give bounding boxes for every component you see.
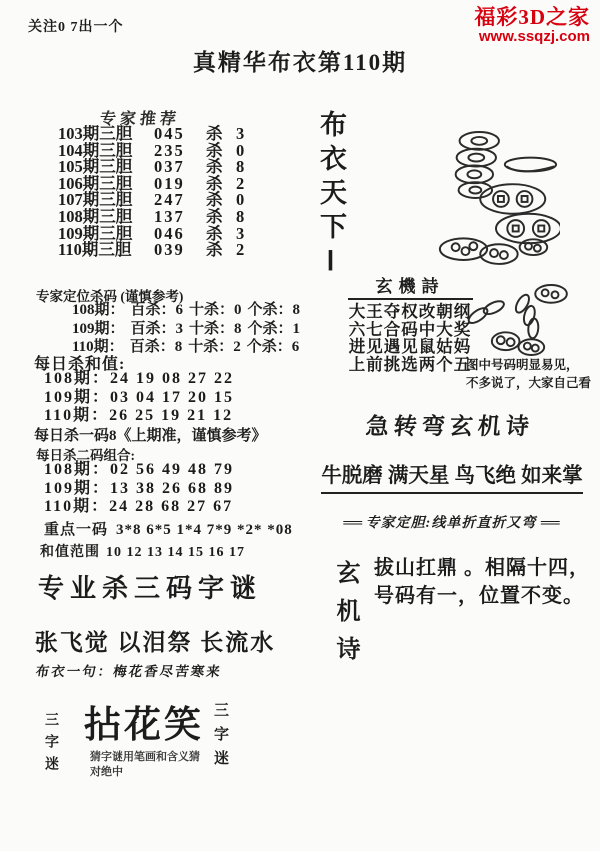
row-period: 108期： bbox=[44, 461, 110, 478]
riddle-note-line1: 猜字谜用笔画和含义猜 bbox=[90, 750, 220, 765]
buyi-tianxia-vertical-title: 布衣天下Ⅰ bbox=[314, 110, 348, 284]
riddle-note-line2: 对绝中 bbox=[90, 765, 220, 780]
caption-line2: 不多说了，大家自己看 bbox=[466, 374, 591, 392]
expert-dan-divider: ══ 专家定胆:线单折直折又弯 ══ bbox=[310, 512, 592, 532]
caption-line1: 图中号码明显易见， bbox=[466, 356, 591, 374]
sum-range-label: 和值范围 bbox=[40, 545, 100, 560]
coin-graphic-caption: 图中号码明显易见， 不多说了，大家自己看 bbox=[466, 356, 591, 392]
buyi-sentence: 布衣一句：梅花香尽苦寒来 bbox=[35, 660, 224, 680]
list-item: 109期：13 38 26 68 89 bbox=[44, 480, 234, 499]
row-bai: 百杀：6 bbox=[131, 302, 184, 318]
xuanji-vertical-label: 玄机诗 bbox=[328, 560, 363, 674]
page-title: 真精华布衣第110期 bbox=[0, 44, 600, 77]
table-row: 110期三胆039杀2 bbox=[58, 242, 244, 259]
position-kill-rows: 108期：百杀：6十杀：0个杀：8 109期：百杀：3十杀：8个杀：1 110期… bbox=[72, 301, 306, 357]
coin-chain-graphic bbox=[466, 282, 570, 361]
row-values: 24 19 08 27 22 bbox=[110, 370, 234, 387]
buyi-lottery-sheet: 关注0 7出一个 福彩3D之家 www.ssqzj.com 真精华布衣第110期… bbox=[0, 0, 600, 851]
list-item: 110期：26 25 19 21 12 bbox=[44, 407, 234, 426]
row-period: 108期： bbox=[72, 302, 125, 318]
divider-text: 专家定胆:线单折直折又弯 bbox=[366, 516, 537, 531]
site-logo: 福彩3D之家 www.ssqzj.com bbox=[474, 6, 590, 46]
daily-sum-rows: 108期：24 19 08 27 22 109期：03 04 17 20 15 … bbox=[44, 370, 234, 426]
row-period: 109期： bbox=[44, 480, 110, 497]
list-item: 108期：百杀：6十杀：0个杀：8 bbox=[72, 301, 306, 320]
row-period: 110期： bbox=[44, 407, 109, 424]
row-period: 109期： bbox=[72, 321, 125, 337]
row-bai: 百杀：3 bbox=[131, 321, 184, 337]
sharp-turn-poem-wrap: 牛脱磨 满天星 鸟飞绝 如来掌 bbox=[312, 458, 592, 494]
row-kill-value: 2 bbox=[236, 242, 244, 259]
list-item: 109期：百杀：3十杀：8个杀：1 bbox=[72, 320, 306, 339]
row-ge: 个杀：6 bbox=[247, 339, 300, 355]
three-char-riddle-answer: 拈花笑 bbox=[84, 694, 204, 748]
row-values: 26 25 19 21 12 bbox=[109, 407, 233, 424]
row-period: 110期： bbox=[44, 498, 109, 515]
list-item: 109期：03 04 17 20 15 bbox=[44, 389, 234, 408]
row-shi: 十杀：8 bbox=[189, 321, 242, 337]
key-one-label: 重点一码 bbox=[44, 522, 108, 538]
daily-kill-one-line: 每日杀一码8《上期准，谨慎参考》 bbox=[34, 424, 267, 445]
coin-stack-graphic bbox=[432, 126, 560, 271]
row-bai: 百杀：8 bbox=[130, 339, 183, 355]
riddle-title: 专业杀三码字谜 bbox=[0, 568, 300, 605]
row-ge: 个杀：1 bbox=[248, 321, 301, 337]
xuanji-line1: 拔山扛鼎 。相隔十四， bbox=[374, 554, 590, 582]
row-values: 02 56 49 48 79 bbox=[110, 461, 234, 478]
key-one-values: 3*8 6*5 1*4 7*9 *2* *08 bbox=[116, 522, 293, 538]
site-logo-name: 福彩3D之家 bbox=[474, 6, 590, 29]
list-item: 108期：24 19 08 27 22 bbox=[44, 370, 234, 389]
divider-dash-left: ══ bbox=[343, 516, 361, 531]
row-values: 13 38 26 68 89 bbox=[110, 480, 234, 497]
xuanji-line2: 号码有一，位置不变。 bbox=[374, 582, 590, 610]
expert-table: 103期三胆045杀3 104期三胆235杀0 105期三胆037杀8 106期… bbox=[58, 126, 244, 259]
row-kill-label: 杀 bbox=[206, 242, 236, 259]
attention-note: 关注0 7出一个 bbox=[28, 16, 124, 36]
list-item: 110期：24 28 68 27 67 bbox=[44, 498, 234, 517]
row-shi: 十杀：0 bbox=[189, 302, 242, 318]
mystery-poem-header: 玄機詩 bbox=[348, 272, 473, 300]
row-ge: 个杀：8 bbox=[248, 302, 301, 318]
sharp-turn-poem-title: 急转弯玄机诗 bbox=[309, 408, 592, 441]
list-item: 108期：02 56 49 48 79 bbox=[44, 461, 234, 480]
sharp-turn-poem-line: 牛脱磨 满天星 鸟飞绝 如来掌 bbox=[321, 458, 582, 494]
xuanji-poem-text: 拔山扛鼎 。相隔十四， 号码有一，位置不变。 bbox=[374, 554, 590, 610]
riddle-line: 张飞觉 以泪祭 长流水 bbox=[0, 624, 310, 657]
key-one-code-line: 重点一码3*8 6*5 1*4 7*9 *2* *08 bbox=[44, 518, 293, 539]
daily-kill-two-rows: 108期：02 56 49 48 79 109期：13 38 26 68 89 … bbox=[44, 461, 234, 517]
row-dan: 039 bbox=[154, 242, 206, 259]
row-period: 108期： bbox=[44, 370, 110, 387]
sum-range-values: 10 12 13 14 15 16 17 bbox=[106, 545, 245, 560]
row-period: 109期： bbox=[44, 389, 110, 406]
row-values: 03 04 17 20 15 bbox=[110, 389, 234, 406]
riddle-note: 猜字谜用笔画和含义猜 对绝中 bbox=[90, 750, 220, 780]
row-shi: 十杀：2 bbox=[188, 339, 241, 355]
sum-range-line: 和值范围10 12 13 14 15 16 17 bbox=[40, 541, 245, 561]
row-label: 110期三胆 bbox=[58, 242, 154, 259]
divider-dash-right: ══ bbox=[541, 516, 559, 531]
row-values: 24 28 68 27 67 bbox=[109, 498, 233, 515]
three-char-label-left: 三字迷 bbox=[40, 712, 60, 778]
